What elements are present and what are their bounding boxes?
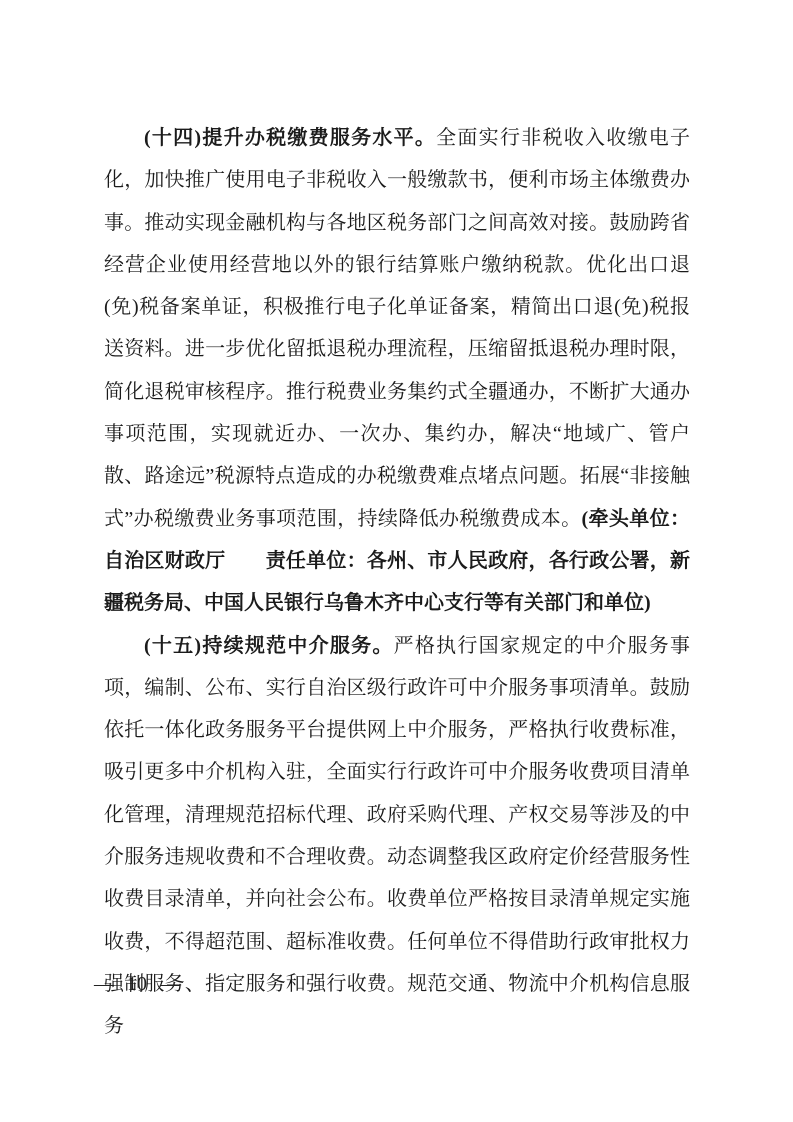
paragraph-15-heading: (十五)持续规范中介服务。 xyxy=(144,635,394,657)
page-number: — 10 — xyxy=(94,970,180,998)
paragraph-15-body: 严格执行国家规定的中介服务事项，编制、公布、实行自治区级行政许可中介服务事项清单… xyxy=(104,635,690,1038)
paragraph-14-body: 全面实行非税收入收缴电子化，加快推广使用电子非税收入一般缴款书，便利市场主体缴费… xyxy=(104,127,690,530)
paragraph-14-heading: (十四)提升办税缴费服务水平。 xyxy=(144,127,436,149)
document-page: (十四)提升办税缴费服务水平。全面实行非税收入收缴电子化，加快推广使用电子非税收… xyxy=(0,0,793,1122)
document-body: (十四)提升办税缴费服务水平。全面实行非税收入收缴电子化，加快推广使用电子非税收… xyxy=(104,117,690,1048)
paragraph-14: (十四)提升办税缴费服务水平。全面实行非税收入收缴电子化，加快推广使用电子非税收… xyxy=(104,117,690,625)
paragraph-15: (十五)持续规范中介服务。严格执行国家规定的中介服务事项，编制、公布、实行自治区… xyxy=(104,625,690,1048)
